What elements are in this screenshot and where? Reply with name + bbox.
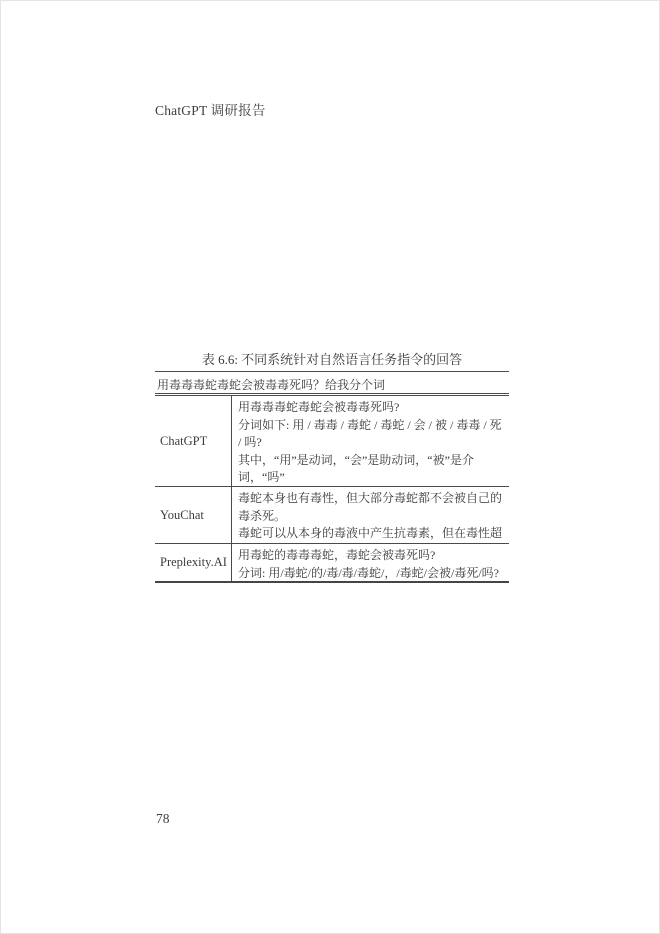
running-header: ChatGPT 调研报告 (155, 99, 266, 119)
page-number: 78 (156, 811, 170, 827)
answer-cell: 毒蛇本身也有毒性，但大部分毒蛇都不会被自己的毒杀死。 毒蛇可以从本身的毒液中产生… (232, 487, 509, 543)
answer-cell: 用毒毒毒蛇毒蛇会被毒毒死吗? 分词如下: 用 / 毒毒 / 毒蛇 / 毒蛇 / … (232, 396, 509, 486)
question-row: 用毒毒毒蛇毒蛇会被毒毒死吗？给我分个词 (155, 372, 509, 396)
table-row-preplexity: Preplexity.AI 用毒蛇的毒毒毒蛇，毒蛇会被毒死吗? 分词: 用/毒蛇… (155, 544, 509, 583)
qa-table: 用毒毒毒蛇毒蛇会被毒毒死吗？给我分个词 ChatGPT 用毒毒毒蛇毒蛇会被毒毒死… (155, 371, 509, 583)
answer-cell: 用毒蛇的毒毒毒蛇，毒蛇会被毒死吗? 分词: 用/毒蛇/的/毒/毒/毒蛇/，/毒蛇… (232, 544, 509, 581)
system-name-cell: ChatGPT (155, 396, 232, 486)
table-caption: 表 6.6: 不同系统针对自然语言任务指令的回答 (155, 349, 509, 368)
table-row-chatgpt: ChatGPT 用毒毒毒蛇毒蛇会被毒毒死吗? 分词如下: 用 / 毒毒 / 毒蛇… (155, 396, 509, 487)
system-name-cell: YouChat (155, 487, 232, 543)
table-row-youchat: YouChat 毒蛇本身也有毒性，但大部分毒蛇都不会被自己的毒杀死。 毒蛇可以从… (155, 487, 509, 544)
system-name-cell: Preplexity.AI (155, 544, 232, 581)
